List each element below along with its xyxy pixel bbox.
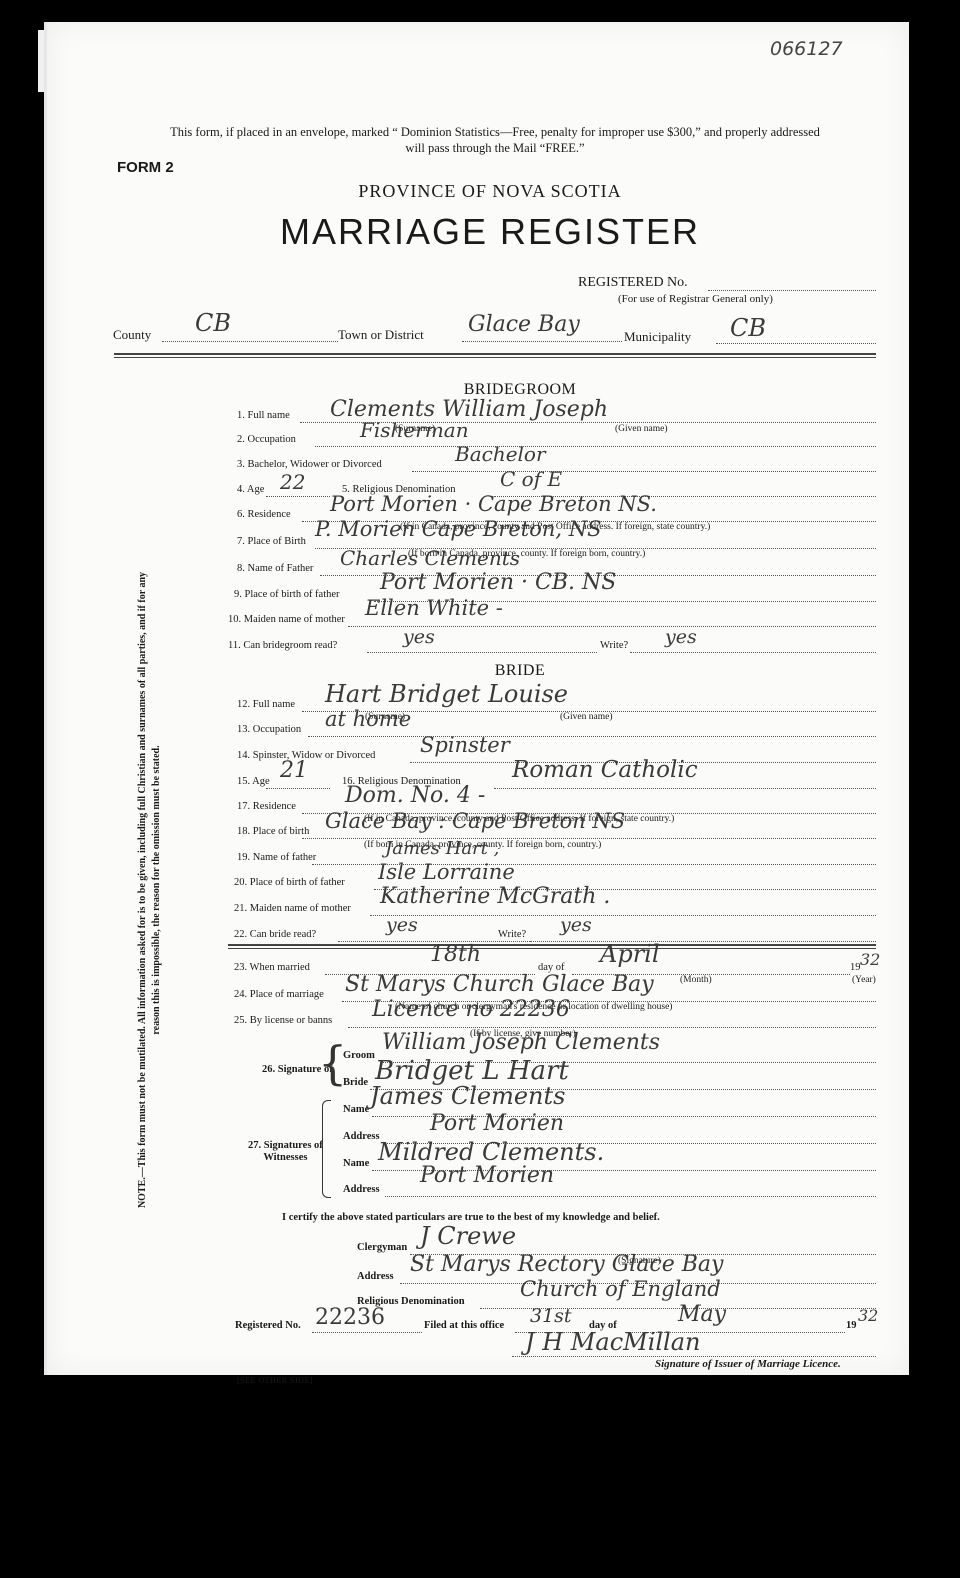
field-label: Name [343, 1158, 369, 1169]
month-caption: (Month) [680, 975, 712, 985]
marriage-month-value: April [600, 940, 660, 968]
field-label: Write? [498, 929, 526, 940]
registrar-note: (For use of Registrar General only) [618, 293, 773, 305]
field-label: 6. Residence [237, 509, 291, 520]
bride-denomination-value: Roman Catholic [512, 757, 698, 783]
bride-father-value: James Hart , [385, 838, 499, 859]
marriage-day-value: 18th [430, 942, 481, 967]
bride-read-value: yes [386, 914, 418, 936]
section-divider [228, 944, 876, 949]
page-title: MARRIAGE REGISTER [240, 211, 740, 253]
groom-marital-status-field[interactable] [412, 471, 876, 472]
field-label: 22. Can bride read? [234, 929, 316, 940]
witness-1-address-value: Port Morien [430, 1111, 564, 1136]
marriage-year-value: 32 [860, 950, 880, 969]
groom-denomination-value: C of E [500, 467, 562, 491]
year-prefix: 19 [846, 1320, 857, 1331]
field-label: 1. Full name [237, 410, 290, 421]
bride-mother-field[interactable] [370, 915, 876, 916]
groom-age-value: 22 [280, 470, 305, 494]
groom-read-field[interactable] [367, 652, 597, 653]
issuer-signature-value: J H MacMillan [525, 1328, 701, 1356]
groom-residence-value: Port Morien · Cape Breton NS. [330, 492, 657, 516]
field-label: 13. Occupation [237, 724, 301, 735]
bride-write-value: yes [560, 914, 592, 936]
side-note: NOTE.—This form must not be mutilated. A… [136, 570, 164, 1210]
field-label: 4. Age [237, 484, 264, 495]
field-label: 19. Name of father [237, 852, 316, 863]
clergyman-address-value: St Marys Rectory Glace Bay [410, 1252, 723, 1277]
serial-number: 066127 [770, 38, 843, 60]
field-label: 23. When married [234, 962, 310, 973]
clergyman-denomination-value: Church of England [520, 1277, 721, 1301]
field-label: 2. Occupation [237, 434, 296, 445]
field-label: 12. Full name [237, 699, 295, 710]
groom-birthplace-value: P. Morien Cape Breton, NS [315, 517, 602, 541]
county-label: County [113, 327, 151, 343]
field-label: 21. Maiden name of mother [234, 903, 351, 914]
bride-write-field[interactable] [530, 941, 876, 942]
bride-denomination-field[interactable] [494, 788, 876, 789]
bride-age-value: 21 [280, 758, 308, 783]
witnesses-label: 27. Signatures of Witnesses [248, 1140, 323, 1164]
bride-full-name-value: Hart Bridget Louise [325, 680, 568, 708]
bride-marital-status-value: Spinster [420, 733, 510, 757]
clergyman-signature-value: J Crewe [420, 1222, 516, 1250]
section-divider [114, 353, 876, 358]
witness-2-name-value: Mildred Clements. [378, 1138, 604, 1166]
field-label: Address [343, 1184, 380, 1195]
field-label: Clergyman [357, 1242, 407, 1253]
registered-no-label: REGISTERED No. [578, 275, 688, 291]
county-value: CB [195, 309, 231, 337]
license-value: Licence no 22236 [372, 997, 570, 1022]
given-name-caption: (Given name) [560, 712, 613, 722]
field-label: 10. Maiden name of mother [228, 614, 345, 625]
groom-write-field[interactable] [630, 652, 876, 653]
field-label: 20. Place of birth of father [234, 877, 345, 888]
field-label: 3. Bachelor, Widower or Divorced [237, 459, 382, 470]
groom-marital-status-value: Bachelor [455, 442, 546, 466]
field-label: 15. Age [237, 776, 270, 787]
issuer-caption: Signature of Issuer of Marriage Licence. [655, 1358, 841, 1370]
issuer-signature-field[interactable] [512, 1356, 876, 1357]
field-label: Groom [343, 1050, 375, 1061]
bride-heading: BRIDE [420, 662, 620, 680]
filed-month-value: May [678, 1302, 726, 1327]
bride-father-birthplace-value: Isle Lorraine [378, 860, 515, 884]
groom-father-value: Charles Clements [340, 546, 520, 570]
witnesses-label-line1: 27. Signatures of [248, 1140, 323, 1152]
witness-2-address-value: Port Morien [420, 1163, 554, 1188]
field-label: 7. Place of Birth [237, 536, 306, 547]
field-label: Address [343, 1131, 380, 1142]
groom-occupation-field[interactable] [315, 446, 876, 447]
field-label: Filed at this office [424, 1320, 504, 1331]
town-label: Town or District [338, 327, 424, 343]
groom-signature-value: William Joseph Clements [382, 1030, 660, 1055]
groom-father-birthplace-value: Port Morien · CB. NS [380, 570, 616, 595]
filed-day-value: 31st [530, 1305, 572, 1327]
field-label: Address [357, 1271, 394, 1282]
bride-occupation-value: at home [325, 707, 411, 731]
filed-year-value: 32 [858, 1306, 878, 1325]
groom-occupation-value: Fisherman [360, 418, 469, 442]
field-label: 17. Residence [237, 801, 296, 812]
form-number: FORM 2 [117, 159, 174, 176]
witness-2-address-field[interactable] [385, 1196, 876, 1197]
field-label: 25. By license or banns [234, 1015, 332, 1026]
bride-occupation-field[interactable] [308, 736, 876, 737]
witness-1-name-value: James Clements [370, 1082, 565, 1110]
witnesses-label-line2: Witnesses [248, 1152, 323, 1164]
bride-mother-value: Katherine McGrath . [380, 884, 610, 909]
field-label: 8. Name of Father [237, 563, 313, 574]
town-field[interactable] [462, 341, 622, 342]
municipality-value: CB [730, 314, 766, 342]
groom-mother-value: Ellen White - [365, 596, 503, 620]
year-caption: (Year) [852, 975, 876, 985]
municipality-field[interactable] [716, 343, 876, 344]
registered-no-value: 22236 [315, 1305, 385, 1330]
county-field[interactable] [162, 341, 338, 342]
registered-no-field[interactable] [708, 290, 876, 291]
bride-age-field[interactable] [266, 788, 330, 789]
groom-read-value: yes [403, 626, 435, 648]
groom-write-value: yes [665, 626, 697, 648]
municipality-label: Municipality [624, 329, 691, 345]
marriage-place-value: St Marys Church Glace Bay [345, 972, 654, 997]
registered-no-value-field[interactable] [312, 1332, 422, 1333]
field-label: Name [343, 1104, 369, 1115]
field-label: 11. Can bridegroom read? [228, 640, 337, 651]
province-heading: PROVINCE OF NOVA SCOTIA [240, 181, 740, 202]
field-label: 24. Place of marriage [234, 989, 324, 1000]
field-label: Registered No. [235, 1320, 301, 1331]
mailing-notice: This form, if placed in an envelope, mar… [165, 124, 825, 156]
license-field[interactable] [348, 1027, 876, 1028]
field-label: Bride [343, 1077, 368, 1088]
field-label: 9. Place of birth of father [234, 589, 340, 600]
bride-birthplace-value: Glace Bay : Cape Breton NS [325, 809, 625, 833]
field-label: Write? [600, 640, 628, 651]
year-prefix: 19 [850, 962, 861, 973]
see-other-side-note: [SEE OTHER SIDE] [237, 1376, 313, 1385]
groom-age-field[interactable] [266, 496, 330, 497]
witness-brace-icon [322, 1100, 331, 1198]
bride-residence-value: Dom. No. 4 - [345, 783, 485, 808]
town-value: Glace Bay [468, 312, 580, 337]
given-name-caption: (Given name) [615, 424, 668, 434]
field-label: 18. Place of birth [237, 826, 309, 837]
